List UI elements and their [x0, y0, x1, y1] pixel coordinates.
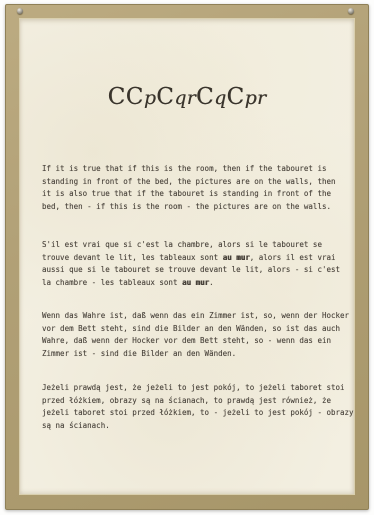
artwork-photo: CCpCqrCqCpr If it is true that if this i…	[0, 0, 374, 515]
paragraph-french: S'il est vrai que si c'est la chambre, a…	[42, 239, 357, 290]
paragraph-english: If it is true that if this is the room, …	[42, 163, 357, 214]
text-line: vor dem Bett steht, sind die Bilder an d…	[42, 323, 357, 336]
text-line: bed, then - if this is the room - the pi…	[42, 201, 357, 214]
text-line: S'il est vrai que si c'est la chambre, a…	[42, 239, 357, 252]
text-line: Zimmer ist - sind die Bilder an den Wänd…	[42, 348, 357, 361]
text-line: la chambre - les tableaux sont au mur.	[42, 277, 357, 290]
text-line: są na ścianach.	[42, 420, 357, 433]
paragraphs: If it is true that if this is the room, …	[0, 0, 374, 515]
text-line: it is also true that if the tabouret is …	[42, 188, 357, 201]
text-line: trouve devant le lit, les tableaux sont …	[42, 252, 357, 265]
text-line: Wahre, daß wenn der Hocker vor dem Bett …	[42, 335, 357, 348]
text-line: Wenn das Wahre ist, daß wenn das ein Zim…	[42, 310, 357, 323]
text-line: Jeżeli prawdą jest, że jeżeli to jest po…	[42, 382, 357, 395]
text-line: jeżeli taboret stoi przed łóżkiem, to - …	[42, 407, 357, 420]
text-line: If it is true that if this is the room, …	[42, 163, 357, 176]
text-line: standing in front of the bed, the pictur…	[42, 176, 357, 189]
text-line: aussi que si le tabouret se trouve devan…	[42, 264, 357, 277]
paragraph-polish: Jeżeli prawdą jest, że jeżeli to jest po…	[42, 382, 357, 433]
paragraph-german: Wenn das Wahre ist, daß wenn das ein Zim…	[42, 310, 357, 361]
text-line: przed łóżkiem, obrazy są na ścianach, to…	[42, 395, 357, 408]
